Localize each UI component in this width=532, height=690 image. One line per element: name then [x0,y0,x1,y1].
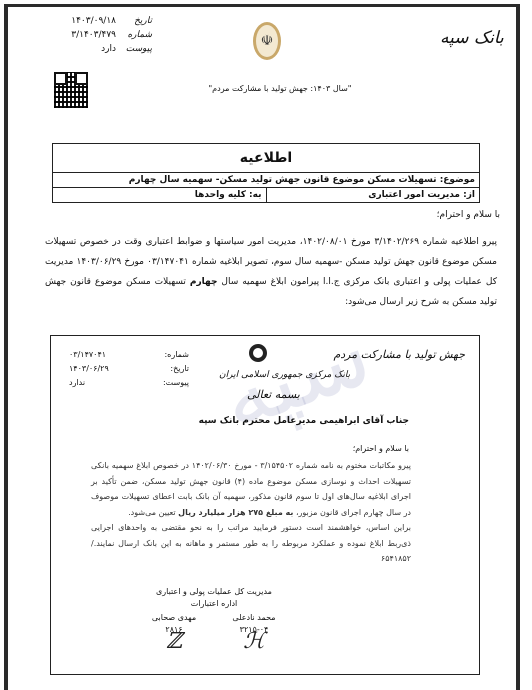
central-bank-logo-icon [249,344,267,362]
signer-2: مهدی صحابی ۲۸۱۶ ℤ [139,612,209,648]
signers: محمد نادعلی ۳۲۱۵-۰۴ ℋ مهدی صحابی ۲۸۱۶ ℤ [139,612,289,648]
notice-subject: موضوع: تسهیلات مسکن موضوع قانون جهش تولی… [53,173,480,188]
body-bold-text: چهارم [190,277,218,287]
signer-name: محمد نادعلی [219,612,289,624]
meta-date: تاریخ ۱۴۰۳/۰۹/۱۸ [52,14,152,28]
inner-body-bold: به مبلغ ۲۷۵ هزار میلیارد ریال [178,508,293,517]
meta-number: شماره ۳/۱۴۰۳/۴۷۹ [52,28,152,42]
meta-value: ۰۳/۱۴۷۰۴۱ [69,348,106,362]
meta-value: ۱۴۰۳/۰۶/۲۹ [69,362,109,376]
meta-value: ۱۴۰۳/۰۹/۱۸ [71,14,116,28]
bank-logo: بانک سپه [440,28,504,48]
meta-label: تاریخ [122,14,152,28]
meta-label: شماره [122,28,152,42]
notice-title: اطلاعیه [53,144,480,173]
emblem-icon: ☫ [253,22,281,60]
signer-1: محمد نادعلی ۳۲۱۵-۰۴ ℋ [219,612,289,648]
addressee: جناب آقای ابراهیمی مدیرعامل محترم بانک س… [199,416,409,426]
central-bank-name: بانک مرکزی جمهوری اسلامی ایران [219,370,350,380]
notice-table: اطلاعیه موضوع: تسهیلات مسکن موضوع قانون … [52,143,480,203]
inner-greeting: با سلام و احترام؛ [353,444,409,453]
signer-name: مهدی صحابی [139,612,209,624]
inner-meta-date: تاریخ: ۱۴۰۳/۰۶/۲۹ [69,362,189,376]
body-paragraph: پیرو اطلاعیه شماره ۳/۱۴۰۲/۲۶۹ مورخ ۱۴۰۲/… [45,232,497,312]
department: مدیریت کل عملیات پولی و اعتباری [139,586,289,598]
signature-icon: ℋ [219,636,289,648]
meta-value: ۳/۱۴۰۳/۴۷۹ [71,28,116,42]
meta-label: شماره: [164,348,189,362]
office: اداره اعتبارات [139,598,289,610]
meta-value: ندارد [69,376,85,390]
notice-from: از: مدیریت امور اعتباری [266,188,480,203]
meta-attachment: پیوست دارد [52,42,152,56]
meta-label: پیوست [122,42,152,56]
inner-slogan: جهش تولید با مشارکت مردم [333,348,465,361]
year-slogan: "سال ۱۴۰۳: جهش تولید با مشارکت مردم" [200,84,360,93]
inner-meta-attachment: پیوست: ندارد [69,376,189,390]
meta-label: تاریخ: [170,362,189,376]
meta-label: پیوست: [163,376,189,390]
inner-meta-number: شماره: ۰۳/۱۴۷۰۴۱ [69,348,189,362]
signature-icon: ℤ [139,636,209,648]
inner-paragraph-2: براین اساس، خواهشمند است دستور فرمایید م… [91,520,411,567]
notice-to: به: کلیه واحدها [53,188,267,203]
meta-value: دارد [101,42,116,56]
inner-letter-meta: شماره: ۰۳/۱۴۷۰۴۱ تاریخ: ۱۴۰۳/۰۶/۲۹ پیوست… [69,348,189,390]
central-bank-basmala: بسمه تعالی [247,388,300,401]
greeting: با سلام و احترام؛ [437,210,500,220]
letter-meta: تاریخ ۱۴۰۳/۰۹/۱۸ شماره ۳/۱۴۰۳/۴۷۹ پیوست … [52,14,152,56]
inner-body-text: تعیین می‌شود. [128,508,178,517]
inner-paragraph-1: پیرو مکاتبات مختوم به نامه شماره ۳/۱۵۴۵۰… [91,458,411,520]
central-bank-letter: سپه جهش تولید با مشارکت مردم بانک مرکزی … [50,335,480,675]
inner-body: پیرو مکاتبات مختوم به نامه شماره ۳/۱۵۴۵۰… [91,458,411,567]
qr-code-icon [54,72,88,108]
signature-block: مدیریت کل عملیات پولی و اعتباری اداره اع… [139,586,289,648]
